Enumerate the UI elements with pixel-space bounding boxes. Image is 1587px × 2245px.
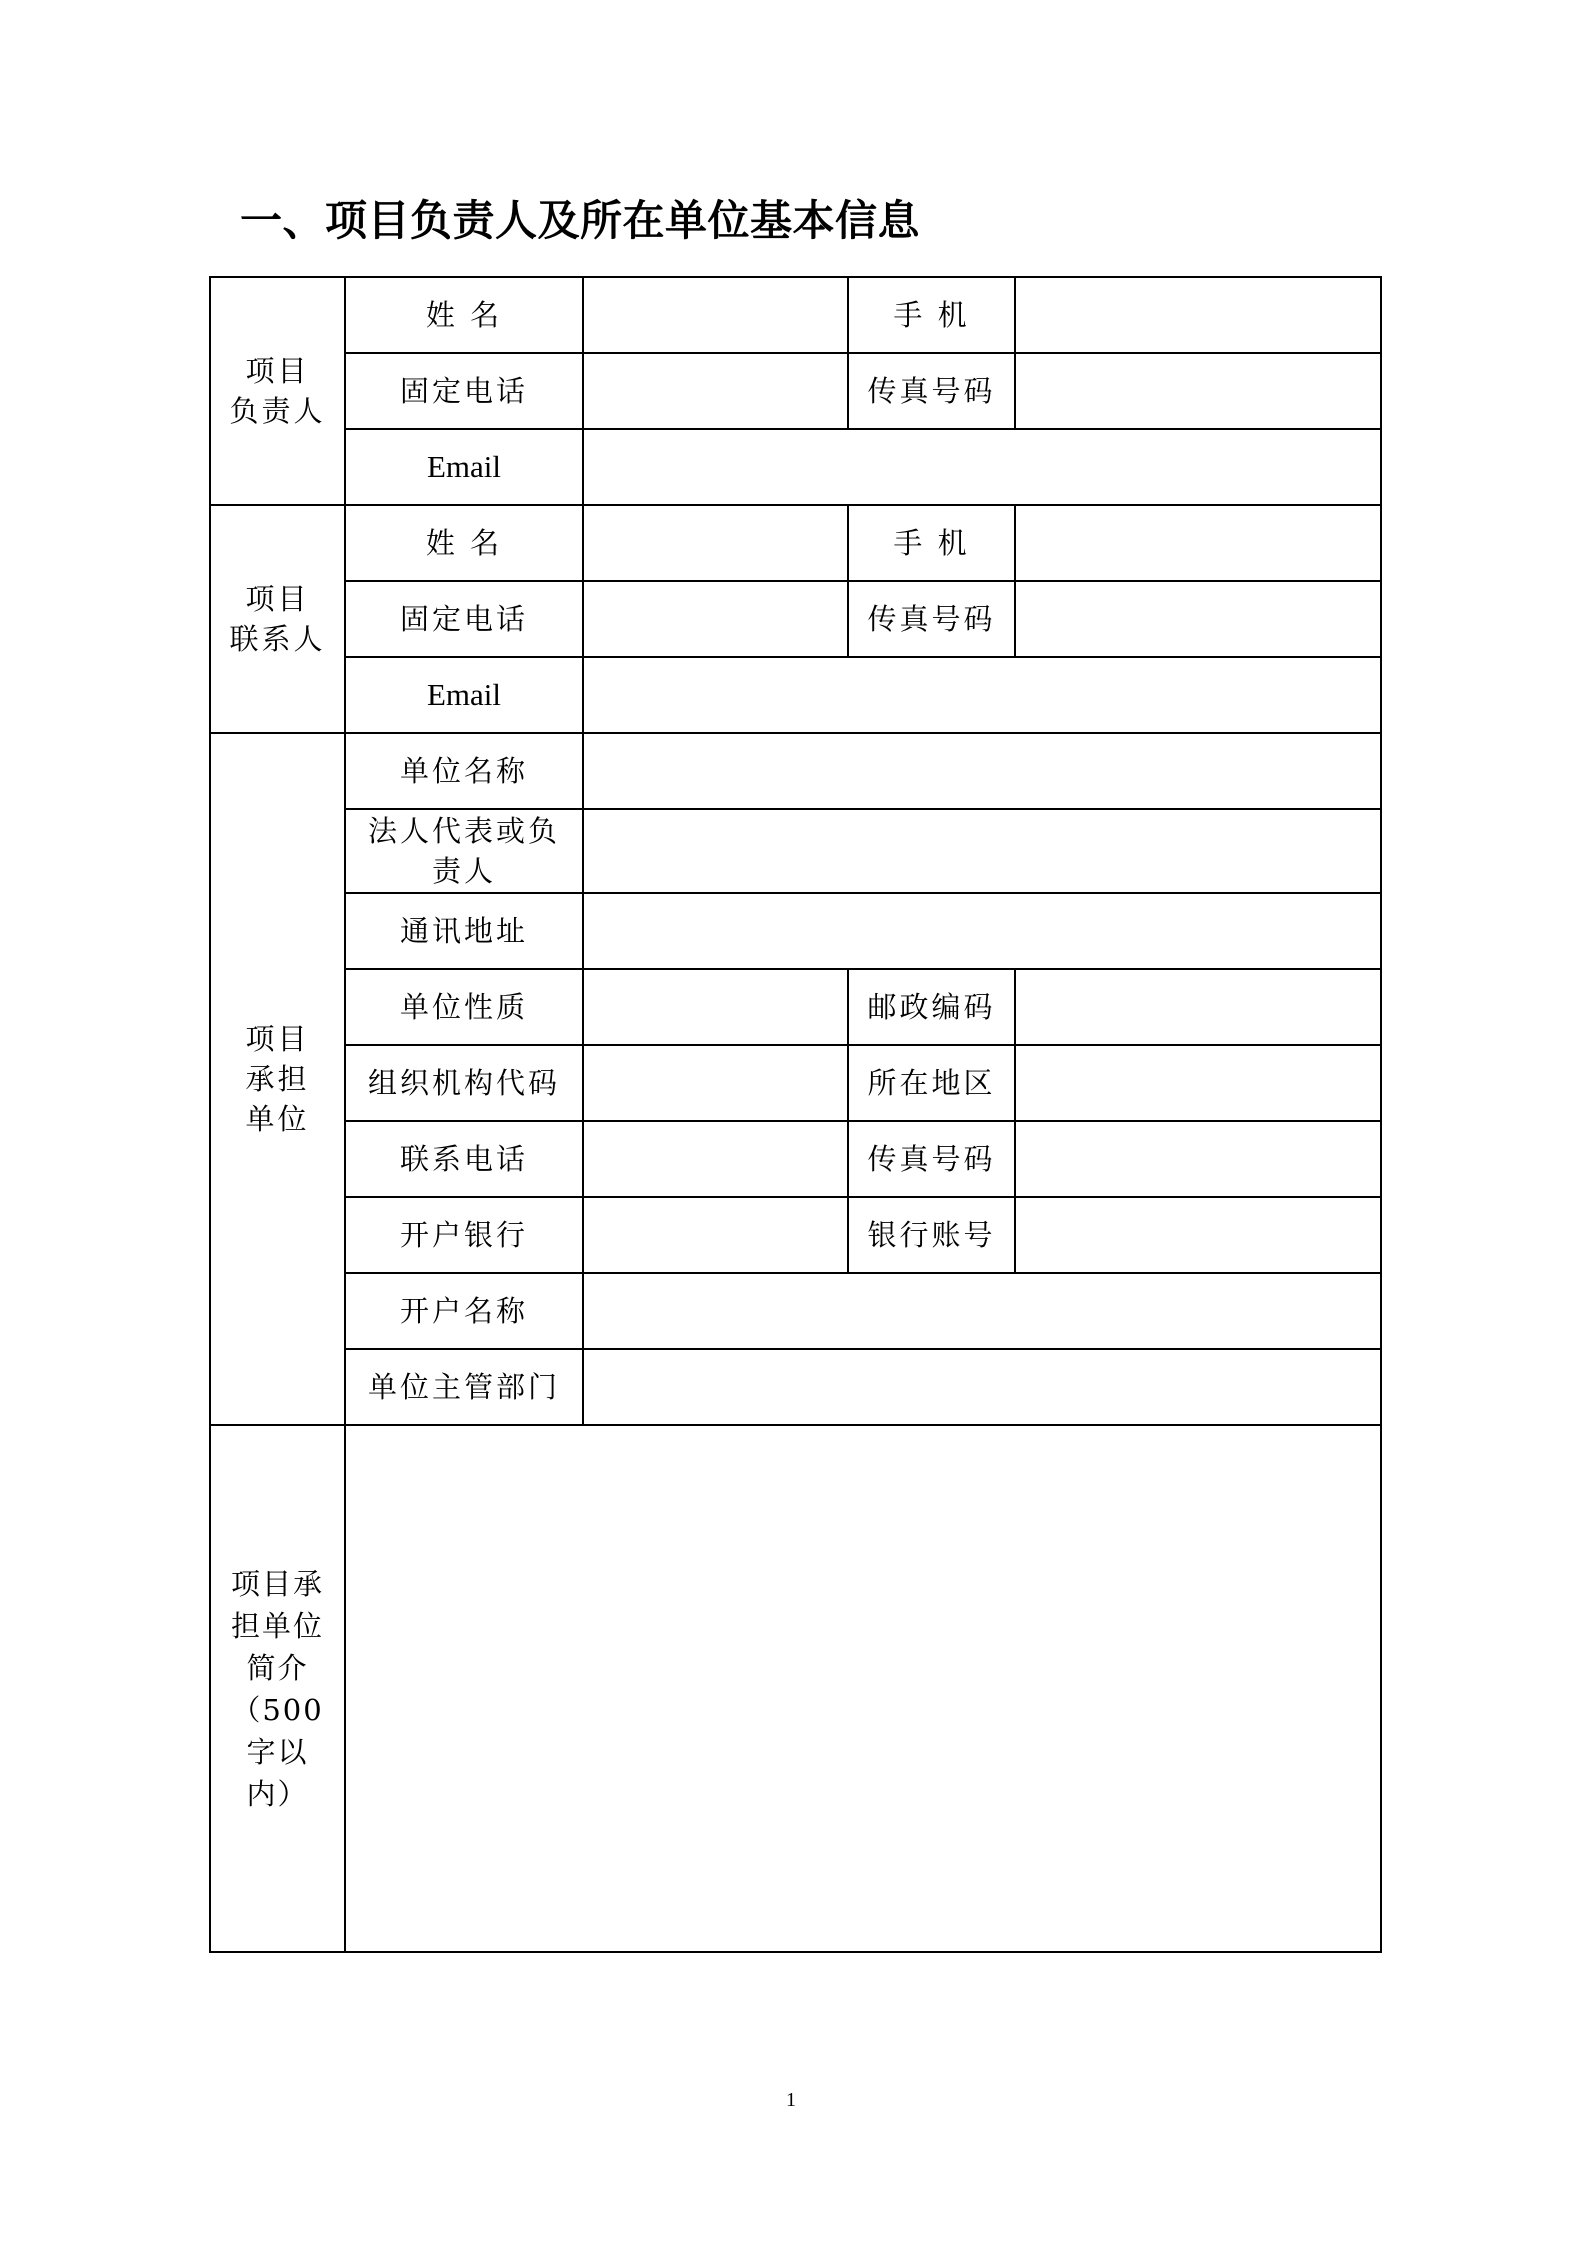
leader-phone-field[interactable] (583, 353, 848, 429)
contact-email-field[interactable] (583, 657, 1381, 733)
unit-row-name: 项目 承担 单位 单位名称 (210, 733, 1381, 809)
intro-label-cell: 项目承担单位简介（500字以内） (210, 1425, 345, 1952)
leader-mobile-field[interactable] (1015, 277, 1381, 353)
leader-name-field[interactable] (583, 277, 848, 353)
legal-rep-field[interactable] (583, 809, 1381, 893)
org-code-label: 组织机构代码 (345, 1045, 583, 1121)
unit-row-contact-phone: 联系电话 传真号码 (210, 1121, 1381, 1197)
unit-name-label: 单位名称 (345, 733, 583, 809)
unit-phone-label: 联系电话 (345, 1121, 583, 1197)
unit-row-supervisor: 单位主管部门 (210, 1349, 1381, 1425)
unit-name-field[interactable] (583, 733, 1381, 809)
leader-fax-field[interactable] (1015, 353, 1381, 429)
contact-name-field[interactable] (583, 505, 848, 581)
contact-fax-field[interactable] (1015, 581, 1381, 657)
page-title: 一、项目负责人及所在单位基本信息 (240, 193, 920, 249)
postcode-field[interactable] (1015, 969, 1381, 1045)
leader-row-name: 项目 负责人 姓 名 手 机 (210, 277, 1381, 353)
contact-phone-label: 固定电话 (345, 581, 583, 657)
postcode-label: 邮政编码 (848, 969, 1015, 1045)
contact-row-name: 项目 联系人 姓 名 手 机 (210, 505, 1381, 581)
contact-fax-label: 传真号码 (848, 581, 1015, 657)
account-label: 银行账号 (848, 1197, 1015, 1273)
bank-field[interactable] (583, 1197, 848, 1273)
leader-row-email: Email (210, 429, 1381, 505)
bank-label: 开户银行 (345, 1197, 583, 1273)
leader-name-label: 姓 名 (345, 277, 583, 353)
address-label: 通讯地址 (345, 893, 583, 969)
supervisor-label: 单位主管部门 (345, 1349, 583, 1425)
contact-email-label: Email (345, 657, 583, 733)
account-name-label: 开户名称 (345, 1273, 583, 1349)
unit-nature-field[interactable] (583, 969, 848, 1045)
contact-mobile-field[interactable] (1015, 505, 1381, 581)
unit-row-nature: 单位性质 邮政编码 (210, 969, 1381, 1045)
account-field[interactable] (1015, 1197, 1381, 1273)
contact-phone-field[interactable] (583, 581, 848, 657)
unit-row-legal-rep: 法人代表或负责人 (210, 809, 1381, 893)
intro-row: 项目承担单位简介（500字以内） (210, 1425, 1381, 1952)
account-name-field[interactable] (583, 1273, 1381, 1349)
unit-row-org-code: 组织机构代码 所在地区 (210, 1045, 1381, 1121)
contact-mobile-label: 手 机 (848, 505, 1015, 581)
org-code-field[interactable] (583, 1045, 848, 1121)
unit-fax-label: 传真号码 (848, 1121, 1015, 1197)
supervisor-field[interactable] (583, 1349, 1381, 1425)
unit-row-bank: 开户银行 银行账号 (210, 1197, 1381, 1273)
unit-group-label: 项目 承担 单位 (210, 733, 345, 1425)
leader-fax-label: 传真号码 (848, 353, 1015, 429)
unit-row-address: 通讯地址 (210, 893, 1381, 969)
contact-row-phone: 固定电话 传真号码 (210, 581, 1381, 657)
leader-group-label: 项目 负责人 (210, 277, 345, 505)
contact-group-label: 项目 联系人 (210, 505, 345, 733)
unit-row-account-name: 开户名称 (210, 1273, 1381, 1349)
intro-field[interactable] (345, 1425, 1381, 1952)
region-label: 所在地区 (848, 1045, 1015, 1121)
contact-row-email: Email (210, 657, 1381, 733)
page-number: 1 (786, 2088, 796, 2112)
unit-nature-label: 单位性质 (345, 969, 583, 1045)
leader-row-phone: 固定电话 传真号码 (210, 353, 1381, 429)
region-field[interactable] (1015, 1045, 1381, 1121)
unit-fax-field[interactable] (1015, 1121, 1381, 1197)
leader-email-field[interactable] (583, 429, 1381, 505)
address-field[interactable] (583, 893, 1381, 969)
intro-label: 项目承担单位简介（500字以内） (228, 1563, 328, 1815)
leader-phone-label: 固定电话 (345, 353, 583, 429)
contact-name-label: 姓 名 (345, 505, 583, 581)
unit-phone-field[interactable] (583, 1121, 848, 1197)
basic-info-table: 项目 负责人 姓 名 手 机 固定电话 传真号码 Email 项目 联系人 姓 … (209, 276, 1382, 1953)
legal-rep-label: 法人代表或负责人 (345, 809, 583, 893)
leader-mobile-label: 手 机 (848, 277, 1015, 353)
leader-email-label: Email (345, 429, 583, 505)
